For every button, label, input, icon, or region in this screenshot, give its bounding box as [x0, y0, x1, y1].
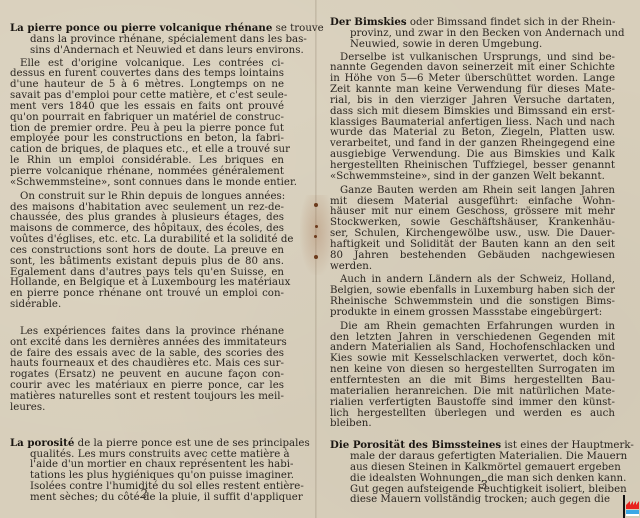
text-line: sins d'Andernach et Neuwied et dans leur…	[10, 46, 284, 57]
paragraph: La pierre ponce ou pierre volcanique rhé…	[10, 23, 284, 57]
paragraph: Elle est d'origine volcanique. Les contr…	[10, 59, 284, 189]
bold-lead: La porosité	[10, 437, 74, 449]
text-line: dass sich mit diesem Bimskies und Bimssa…	[330, 107, 615, 118]
text-line: rialien verfertigten Baustoffe sind imme…	[330, 398, 615, 409]
text-line: 80 Jahren bestehenden Gebäuden nachgewie…	[330, 251, 615, 262]
text-line: diese Mauern vollständig trocken; auch g…	[330, 495, 615, 506]
text-line: sont, les bâtiments existant depuis plus…	[10, 257, 284, 268]
bold-lead: Die Porosität des Bimssteines	[330, 439, 501, 451]
right-page-text: Der Bimskies oder Bimssand findet sich i…	[330, 17, 615, 506]
text-line: lich hergestellten überlegen und werden …	[330, 409, 615, 420]
text-line: Die am Rhein gemachten Erfahrungen wurde…	[330, 322, 615, 333]
factory-logo-icon	[623, 495, 640, 518]
text-line: leures.	[10, 403, 284, 414]
text-line: Neuwied, sowie in deren Umgebung.	[330, 40, 615, 51]
bold-lead: Der Bimskies	[330, 16, 407, 28]
text-line: qu'on pourrait en fabriquer un matériel …	[10, 113, 284, 124]
text-line: matières naturelles sont et restent touj…	[10, 392, 284, 403]
text-line: ont excité dans les dernières années des…	[10, 338, 284, 349]
text-line: bleiben.	[330, 419, 615, 430]
paragraph: Les expériences faites dans la province …	[10, 327, 284, 414]
bold-lead: La pierre ponce ou pierre volcanique rhé…	[10, 22, 272, 34]
page-number-left: 2	[140, 487, 148, 501]
booklet-spread: La pierre ponce ou pierre volcanique rhé…	[0, 0, 640, 518]
paragraph: Auch in andern Ländern als der Schweiz, …	[330, 275, 615, 318]
left-page-text: La pierre ponce ou pierre volcanique rhé…	[10, 23, 284, 504]
text-line: werden.	[330, 262, 615, 273]
text-line: «Schwemmsteine», sont connues dans le mo…	[10, 178, 284, 189]
paragraph: Die am Rhein gemachten Erfahrungen wurde…	[330, 322, 615, 430]
paragraph: Der Bimskies oder Bimssand findet sich i…	[330, 17, 615, 51]
right-page: Der Bimskies oder Bimssand findet sich i…	[317, 0, 640, 518]
paragraph: Die Porosität des Bimssteines ist eines …	[330, 440, 615, 506]
text-line: sidérable.	[10, 300, 284, 311]
text-line: La porosité de la pierre ponce est une d…	[10, 438, 284, 450]
paragraph: On construit sur le Rhin depuis de longu…	[10, 192, 284, 311]
text-line: Ganze Bauten werden am Rhein seit langen…	[330, 186, 615, 197]
text-line: «Schwemmsteine», sind in der ganzen Welt…	[330, 172, 615, 183]
left-page: La pierre ponce ou pierre volcanique rhé…	[0, 0, 316, 518]
text-line: On construit sur le Rhin depuis de longu…	[10, 192, 284, 203]
paragraph: Ganze Bauten werden am Rhein seit langen…	[330, 186, 615, 273]
paragraph: Derselbe ist vulkanischen Ursprungs, und…	[330, 53, 615, 183]
text-line: die idealsten Wohnungen, die man sich de…	[330, 474, 615, 485]
text-line: produkte in einem grossen Massstabe eing…	[330, 308, 615, 319]
page-number-right: 3	[480, 478, 488, 492]
